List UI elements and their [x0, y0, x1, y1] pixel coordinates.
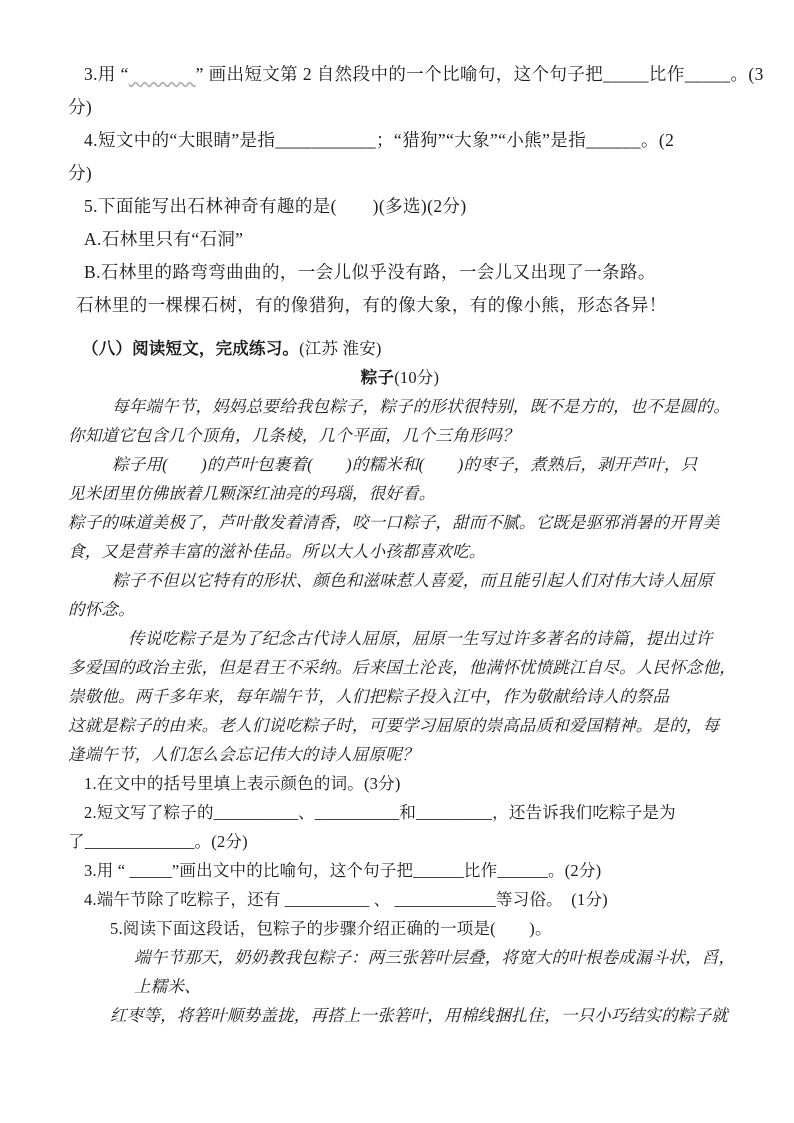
question-2-line2: 了_____________。(2分)	[68, 827, 732, 856]
question-5: 5.阅读下面这段话，包粽子的步骤介绍正确的一项是( )。	[68, 914, 732, 943]
passage-line: 你知道它包含几个顶角，几条棱，几个平面，几个三角形吗？	[68, 421, 732, 450]
section-8-reading: （八）阅读短文，完成练习。(江苏 淮安) 粽子(10分) 每年端午节，妈妈总要给…	[68, 334, 732, 1030]
passage-line: 多爱国的政治主张，但是君王不采纳。后来国土沦丧，他满怀忧愤跳江自尽。人民怀念他，	[68, 653, 732, 682]
question-4: 4.端午节除了吃粽子，还有 __________ 、 ____________等…	[68, 885, 732, 914]
question-3-line2: 分)	[68, 91, 732, 124]
passage-line: 的怀念。	[68, 595, 732, 624]
passage-title: 粽子(10分)	[68, 363, 732, 392]
passage-title-text: 粽子	[361, 368, 394, 387]
question-3-line1: 3.用 “ ” 画出短文第 2 自然段中的一个比喻句，这个句子把_____比作_…	[68, 58, 732, 91]
passage-line: 食，又是营养丰富的滋补佳品。所以大人小孩都喜欢吃。	[68, 537, 732, 566]
question-3: 3.用 “ _____”画出文中的比喻句，这个句子把______比作______…	[68, 856, 732, 885]
document-page: 3.用 “ ” 画出短文第 2 自然段中的一个比喻句，这个句子把_____比作_…	[0, 0, 794, 1123]
section-8-source: (江苏 淮安)	[299, 339, 382, 358]
question-4-line2: 分)	[68, 157, 732, 190]
passage-line: 崇敬他。两千多年来，每年端午节，人们把粽子投入江中，作为敬献给诗人的祭品	[68, 682, 732, 711]
question-5-option-b-line1: B.石林里的路弯弯曲曲的，一会儿似乎没有路，一会儿又出现了一条路。	[68, 256, 732, 289]
sub-passage-line: 红枣等，将箬叶顺势盖拢，再搭上一张箬叶，用棉线捆扎住，一只小巧结实的粽子就	[68, 1001, 732, 1030]
question-3-text-after: ” 画出短文第 2 自然段中的一个比喻句，这个句子把_____比作_____。(…	[196, 64, 764, 84]
passage-line: 粽子的味道美极了，芦叶散发着清香，咬一口粽子，甜而不腻。它既是驱邪消暑的开胃美	[68, 508, 732, 537]
section-7-questions: 3.用 “ ” 画出短文第 2 自然段中的一个比喻句，这个句子把_____比作_…	[68, 58, 732, 322]
passage-line: 粽子不但以它特有的形状、颜色和滋味惹人喜爱，而且能引起人们对伟大诗人屈原	[68, 566, 732, 595]
passage-line: 这就是粽子的由来。老人们说吃粽子时，可要学习屈原的崇高品质和爱国精神。是的，每	[68, 711, 732, 740]
section-8-heading: （八）阅读短文，完成练习。(江苏 淮安)	[68, 334, 732, 363]
passage-line: 传说吃粽子是为了纪念古代诗人屈原，屈原一生写过许多著名的诗篇，提出过许	[68, 624, 732, 653]
wavy-line-blank	[129, 64, 196, 84]
question-5-stem: 5.下面能写出石林神奇有趣的是( )(多选)(2分)	[68, 190, 732, 223]
passage-line: 逢端午节，人们怎么会忘记伟大的诗人屈原呢？	[68, 740, 732, 769]
passage-line: 每年端午节，妈妈总要给我包粽子，粽子的形状很特别，既不是方的，也不是圆的。	[68, 392, 732, 421]
question-4-line1: 4.短文中的“大眼睛”是指___________；“猎狗”“大象”“小熊”是指_…	[68, 124, 732, 157]
sub-passage-line: 端午节那天，奶奶教我包粽子：两三张箬叶层叠，将宽大的叶根卷成漏斗状，舀，	[68, 943, 732, 972]
question-1: 1.在文中的括号里填上表示颜色的词。(3分)	[68, 769, 732, 798]
question-5-option-a: A.石林里只有“石洞”	[68, 223, 732, 256]
passage-title-score: (10分)	[394, 368, 439, 387]
passage-line: 粽子用( )的芦叶包裹着( )的糯米和( )的枣子，煮熟后，剥开芦叶，只	[68, 450, 732, 479]
section-8-heading-text: （八）阅读短文，完成练习。	[82, 339, 299, 358]
question-3-text-before: 3.用 “	[84, 64, 129, 84]
sub-passage-line: 上糯米、	[68, 972, 732, 1001]
passage-line: 见米团里仿佛嵌着几颗深红油亮的玛瑙，很好看。	[68, 479, 732, 508]
question-2-line1: 2.短文写了粽子的__________、__________和_________…	[68, 798, 732, 827]
question-5-option-b-line2: 石林里的一棵棵石树，有的像猎狗，有的像大象，有的像小熊，形态各异！	[68, 289, 732, 322]
